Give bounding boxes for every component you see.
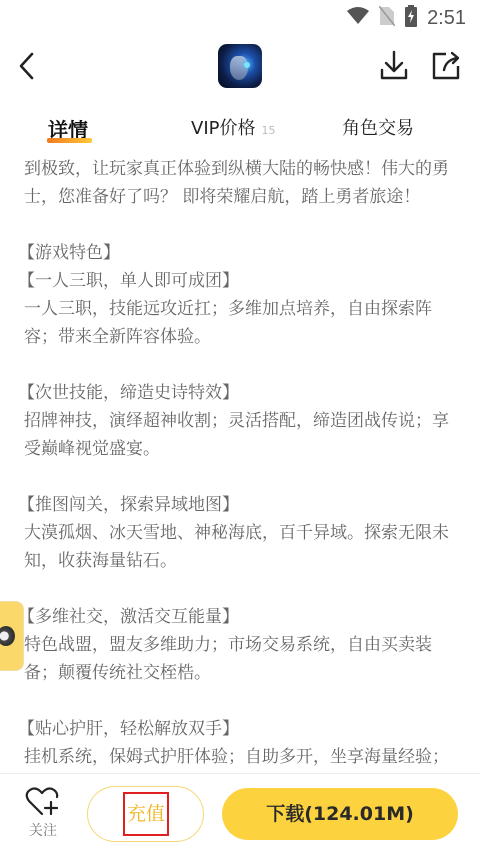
back-button[interactable] [14, 48, 44, 84]
download-icon-button[interactable] [378, 48, 410, 82]
chevron-left-icon [14, 48, 44, 84]
intro-text: 到极致，让玩家真正体验到纵横大陆的畅快感！伟大的勇士，您准备好了吗？ 即将荣耀启… [24, 155, 460, 211]
status-time: 2:51 [427, 7, 466, 30]
vip-count-badge: 15 [261, 124, 275, 137]
heart-plus-icon [25, 786, 61, 818]
battery-charging-icon [405, 5, 417, 31]
tab-vip-price[interactable]: VIP价格15 [191, 114, 275, 140]
section-body: 大漠孤烟、冰天雪地、神秘海底，百千异域。探索无限未知，收获海量钻石。 [24, 519, 460, 575]
download-button[interactable]: 下载(124.01M) [222, 788, 458, 840]
tab-bar: 详情 VIP价格15 角色交易 [0, 108, 480, 148]
wifi-icon [347, 7, 369, 29]
features-title: 【游戏特色】 [18, 239, 460, 267]
section-heading: 【一人三职，单人即可成团】 [18, 267, 460, 295]
active-tab-indicator [47, 138, 92, 143]
no-sim-icon [379, 6, 395, 30]
assistant-avatar-icon [0, 626, 15, 646]
share-button[interactable] [430, 48, 462, 82]
section-body: 招牌神技，演绎超神收割；灵活搭配，缔造团战传说；享受巅峰视觉盛宴。 [24, 407, 460, 463]
share-icon [430, 48, 462, 82]
bottom-action-bar: 关注 充值 下载(124.01M) [0, 773, 480, 853]
follow-label: 关注 [22, 820, 64, 840]
section-heading: 【贴心护肝，轻松解放双手】 [18, 715, 460, 743]
follow-button[interactable]: 关注 [22, 784, 64, 844]
section-heading: 【次世技能，缔造史诗特效】 [18, 379, 460, 407]
tab-role-trade[interactable]: 角色交易 [342, 114, 414, 140]
recharge-button[interactable]: 充值 [87, 786, 204, 842]
game-description: 到极致，让玩家真正体验到纵横大陆的畅快感！伟大的勇士，您准备好了吗？ 即将荣耀启… [24, 155, 460, 799]
section-heading: 【多维社交，激活交互能量】 [18, 603, 460, 631]
section-heading: 【推图闯关，探索异域地图】 [18, 491, 460, 519]
floating-assistant-button[interactable] [0, 601, 24, 671]
section-body: 特色战盟，盟友多维助力；市场交易系统，自由买卖装备；颠覆传统社交桎梏。 [24, 631, 460, 687]
recharge-label: 充值 [123, 792, 169, 836]
download-icon [378, 48, 410, 82]
section-body: 一人三职，技能远攻近扛；多维加点培养，自由探索阵容；带来全新阵容体验。 [24, 295, 460, 351]
game-app-icon [218, 44, 262, 88]
top-bar [0, 36, 480, 96]
status-bar: 2:51 [0, 0, 480, 34]
